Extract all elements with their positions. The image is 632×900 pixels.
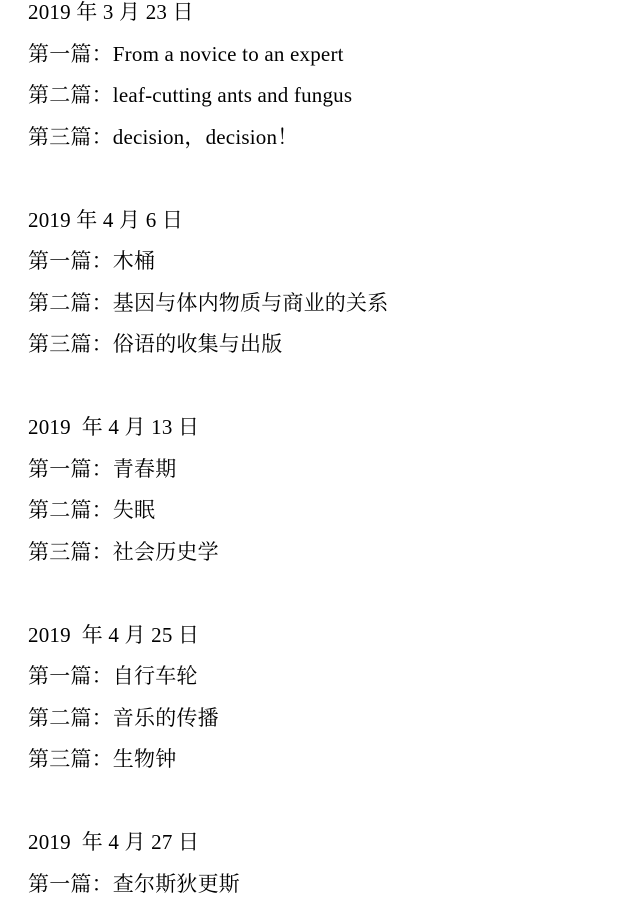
entry-line: 第一篇：青春期 xyxy=(28,449,612,491)
entry-line: 第三篇：decision，decision！ xyxy=(28,117,612,159)
date-line: 2019 年 4 月 6 日 xyxy=(28,200,612,242)
date-line: 2019 年 4 月 13 日 xyxy=(28,407,612,449)
entry-line: 第一篇：From a novice to an expert xyxy=(28,34,612,76)
entry-line: 第二篇：失眠 xyxy=(28,490,612,532)
schedule-section-2: 2019 年 4 月 6 日 第一篇：木桶 第二篇：基因与体内物质与商业的关系 … xyxy=(28,200,612,366)
entry-line: 第二篇：基因与体内物质与商业的关系 xyxy=(28,283,612,325)
entry-line: 第三篇：生物钟 xyxy=(28,739,612,781)
document-page: 2019 年 3 月 23 日 第一篇：From a novice to an … xyxy=(0,0,632,900)
entry-line: 第一篇：查尔斯狄更斯 xyxy=(28,864,612,900)
entry-line: 第二篇：音乐的传播 xyxy=(28,698,612,740)
entry-line: 第三篇：俗语的收集与出版 xyxy=(28,324,612,366)
schedule-section-3: 2019 年 4 月 13 日 第一篇：青春期 第二篇：失眠 第三篇：社会历史学 xyxy=(28,407,612,573)
entry-line: 第一篇：木桶 xyxy=(28,241,612,283)
schedule-section-4: 2019 年 4 月 25 日 第一篇：自行车轮 第二篇：音乐的传播 第三篇：生… xyxy=(28,615,612,781)
entry-line: 第一篇：自行车轮 xyxy=(28,656,612,698)
entry-line: 第三篇：社会历史学 xyxy=(28,532,612,574)
date-line: 2019 年 4 月 27 日 xyxy=(28,822,612,864)
document-content: 2019 年 3 月 23 日 第一篇：From a novice to an … xyxy=(0,0,632,900)
schedule-section-5: 2019 年 4 月 27 日 第一篇：查尔斯狄更斯 xyxy=(28,822,612,900)
entry-line: 第二篇：leaf-cutting ants and fungus xyxy=(28,75,612,117)
schedule-section-1: 2019 年 3 月 23 日 第一篇：From a novice to an … xyxy=(28,0,612,158)
date-line: 2019 年 3 月 23 日 xyxy=(28,0,612,34)
date-line: 2019 年 4 月 25 日 xyxy=(28,615,612,657)
